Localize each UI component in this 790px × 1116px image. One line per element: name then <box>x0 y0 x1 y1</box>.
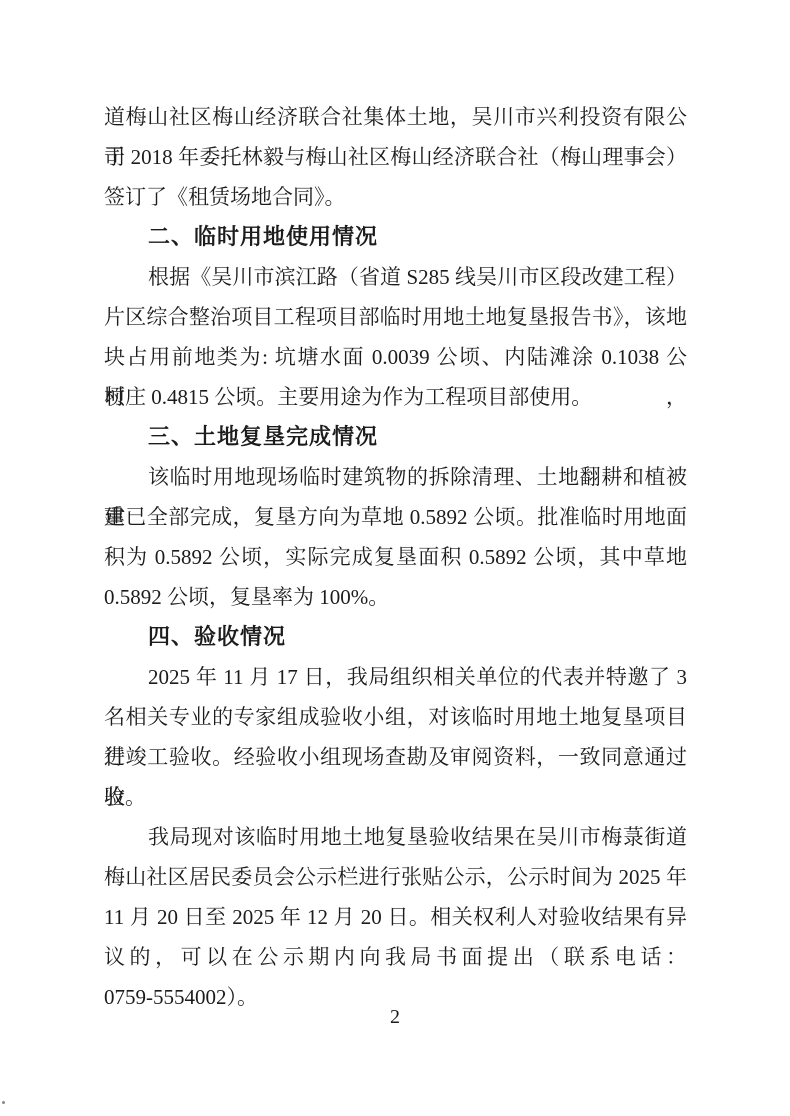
text-line: 我局现对该临时用地土地复垦验收结果在吴川市梅菉街道 <box>104 817 687 857</box>
text-line: 该临时用地现场临时建筑物的拆除清理、土地翻耕和植被重 <box>104 457 687 497</box>
text-line: 根据《吴川市滨江路（省道 S285 线吴川市区段改建工程） <box>104 257 687 297</box>
text-line: 行竣工验收。经验收小组现场查勘及审阅资料，一致同意通过验 <box>104 737 687 777</box>
text-line: 收。 <box>104 777 687 817</box>
text-line: 2025 年 11 月 17 日，我局组织相关单位的代表并特邀了 3 <box>104 657 687 697</box>
section-heading-2: 二、临时用地使用情况 <box>104 217 687 257</box>
page-number: 2 <box>0 1002 790 1032</box>
text-line: 0.5892 公顷，复垦率为 100%。 <box>104 577 687 617</box>
scan-speck <box>2 1101 5 1104</box>
text-line: 块占用前地类为: 坑塘水面 0.0039 公顷、内陆滩涂 0.1038 公顷， <box>104 337 687 377</box>
document-page: 道梅山社区梅山经济联合社集体土地，吴川市兴利投资有限公司 于 2018 年委托林… <box>0 0 790 1116</box>
text-line: 签订了《租赁场地合同》。 <box>104 177 687 217</box>
text-line: 11 月 20 日至 2025 年 12 月 20 日。相关权利人对验收结果有异 <box>104 897 687 937</box>
section-heading-3: 三、土地复垦完成情况 <box>104 417 687 457</box>
text-line: 道梅山社区梅山经济联合社集体土地，吴川市兴利投资有限公司 <box>104 97 687 137</box>
text-line: 议的，可以在公示期内向我局书面提出（联系电话： <box>104 937 687 977</box>
text-line: 积为 0.5892 公顷，实际完成复垦面积 0.5892 公顷，其中草地 <box>104 537 687 577</box>
text-line: 建已全部完成，复垦方向为草地 0.5892 公顷。批准临时用地面 <box>104 497 687 537</box>
text-line: 名相关专业的专家组成验收小组，对该临时用地土地复垦项目进 <box>104 697 687 737</box>
document-body: 道梅山社区梅山经济联合社集体土地，吴川市兴利投资有限公司 于 2018 年委托林… <box>104 97 687 1017</box>
text-line: 于 2018 年委托林毅与梅山社区梅山经济联合社（梅山理事会） <box>104 137 687 177</box>
text-line: 梅山社区居民委员会公示栏进行张贴公示，公示时间为 2025 年 <box>104 857 687 897</box>
section-heading-4: 四、验收情况 <box>104 617 687 657</box>
text-line: 片区综合整治项目工程项目部临时用地土地复垦报告书》，该地 <box>104 297 687 337</box>
